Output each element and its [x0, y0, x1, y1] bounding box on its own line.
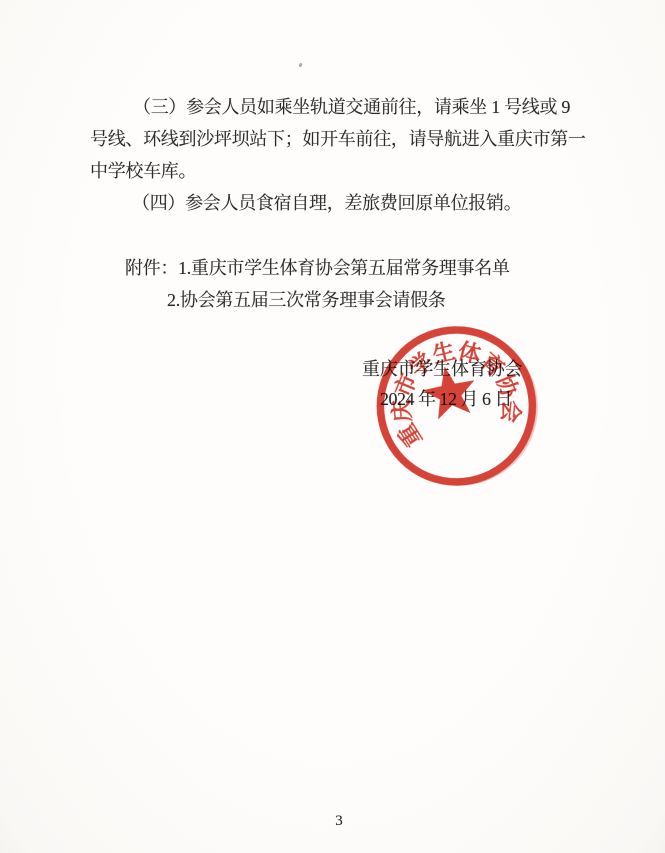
- scan-speck: [298, 63, 302, 68]
- attachment-line-2: 2.协会第五届三次常务理事会请假条: [167, 290, 445, 311]
- para-3-line-3: 中学校车库。: [90, 161, 196, 182]
- document-page: （三）参会人员如乘坐轨道交通前往，请乘坐 1 号线或 9 号线、环线到沙坪坝站下…: [0, 0, 665, 853]
- page-number: 3: [0, 813, 665, 830]
- para-3-line-1: （三）参会人员如乘坐轨道交通前往，请乘坐 1 号线或 9: [133, 97, 570, 118]
- official-seal: 重庆市学生体育协会: [339, 287, 573, 521]
- para-4: （四）参会人员食宿自理，差旅费回原单位报销。: [132, 193, 521, 214]
- attachment-line-1: 附件：1.重庆市学生体育协会第五届常务理事名单: [125, 258, 510, 279]
- para-3-line-2: 号线、环线到沙坪坝站下；如开车前往，请导航进入重庆市第一: [90, 129, 586, 150]
